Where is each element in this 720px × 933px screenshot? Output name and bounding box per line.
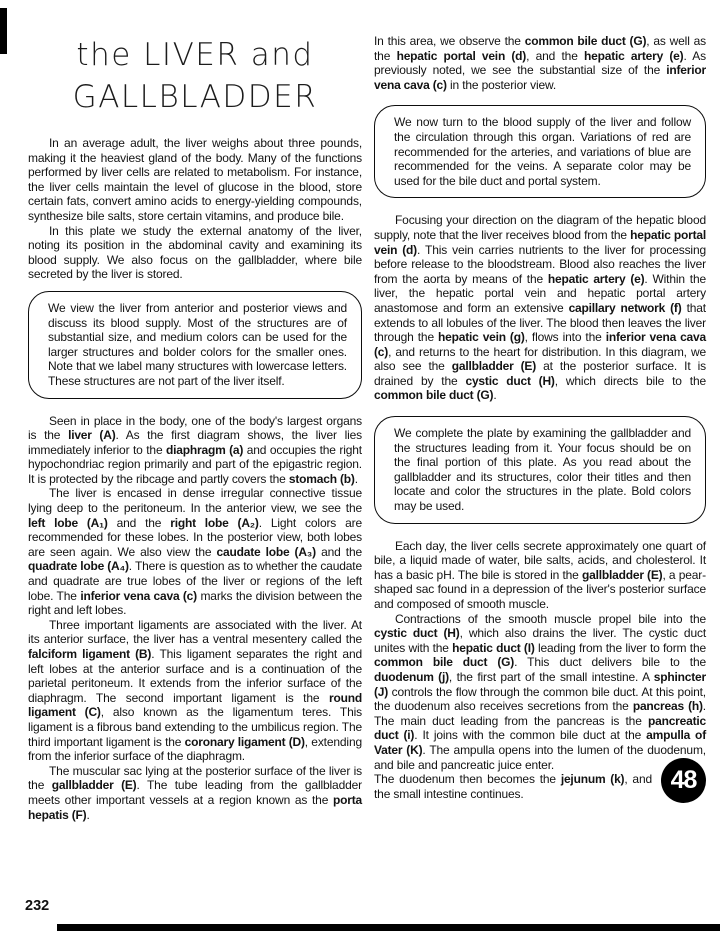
page-number: 232 [25, 898, 49, 914]
paragraph-liver-lobes: The liver is encased in dense irregular … [28, 486, 362, 617]
plate-number-label: 48 [671, 773, 697, 788]
page-title-line-2: GALLBLADDER [73, 79, 318, 115]
instruction-box-1-text: We view the liver from anterior and post… [48, 301, 347, 389]
paragraph-ligaments: Three important ligaments are associated… [28, 618, 362, 764]
instruction-box-1: We view the liver from anterior and post… [28, 291, 362, 399]
paragraph-bile-secretion: Each day, the liver cells secrete approx… [374, 539, 706, 612]
paragraph-ducts-overview: In this area, we observe the common bile… [374, 34, 706, 92]
paragraph-duodenum-jejunum-text: The duodenum then becomes the jejunum (k… [374, 772, 652, 801]
book-page: the LIVER and GALLBLADDER In an average … [0, 0, 720, 933]
instruction-box-2: We now turn to the blood supply of the l… [374, 105, 706, 198]
instruction-box-2-text: We now turn to the blood supply of the l… [394, 115, 691, 188]
paragraph-gallbladder-sac: The muscular sac lying at the posterior … [28, 764, 362, 822]
plate-number-badge: 48 [661, 758, 706, 803]
page-bottom-rule [57, 924, 720, 931]
paragraph-blood-supply: Focusing your direction on the diagram o… [374, 213, 706, 403]
paragraph-bile-flow: Contractions of the smooth muscle propel… [374, 612, 706, 773]
paragraph-liver-location: Seen in place in the body, one of the bo… [28, 414, 362, 487]
left-column: the LIVER and GALLBLADDER In an average … [28, 0, 362, 822]
page-edge-mark [0, 8, 7, 54]
page-title-line-1: the LIVER and [76, 37, 313, 73]
text-columns: the LIVER and GALLBLADDER In an average … [0, 0, 720, 822]
page-title: the LIVER and GALLBLADDER [28, 34, 362, 118]
paragraph-intro-1: In an average adult, the liver weighs ab… [28, 136, 362, 224]
instruction-box-3: We complete the plate by examining the g… [374, 416, 706, 524]
right-column: In this area, we observe the common bile… [374, 0, 706, 822]
paragraph-duodenum-jejunum: 48 The duodenum then becomes the jejunum… [374, 772, 706, 801]
paragraph-intro-2: In this plate we study the external anat… [28, 224, 362, 282]
instruction-box-3-text: We complete the plate by examining the g… [394, 426, 691, 514]
